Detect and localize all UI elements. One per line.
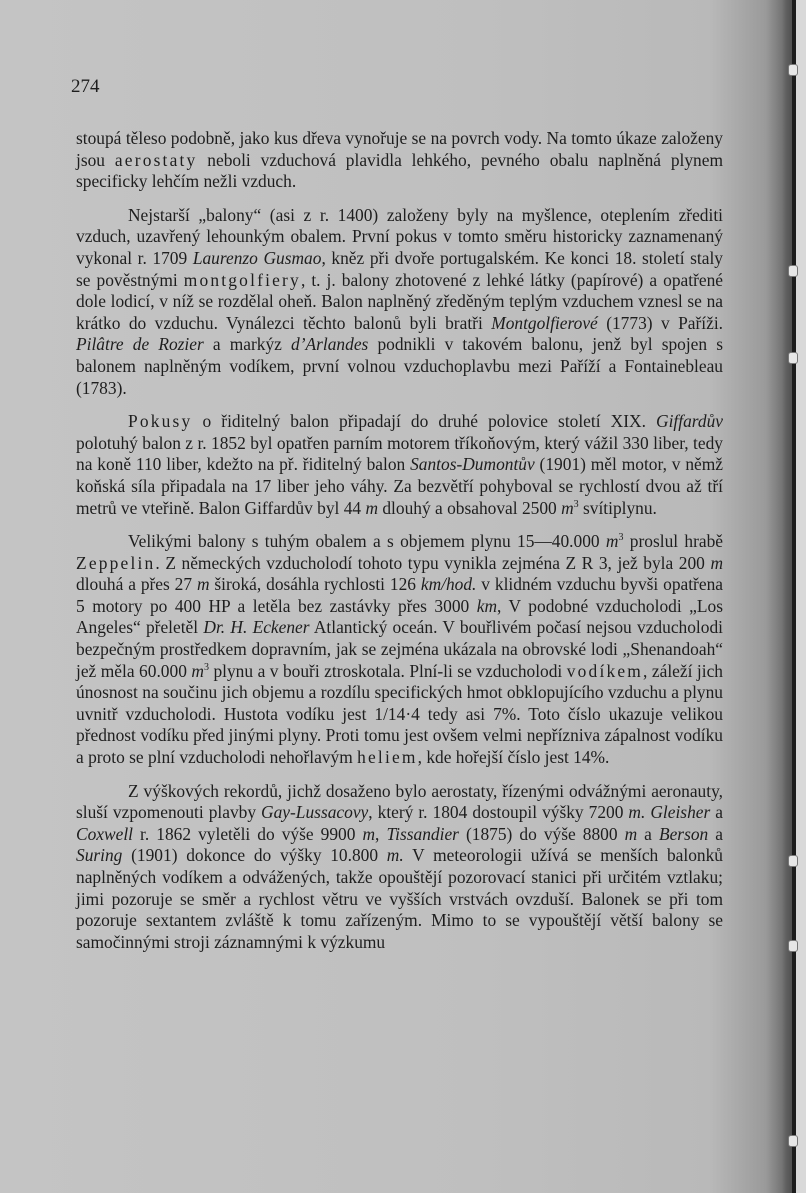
text-run: , který r. 1804 dostoupil výšky 7200 [368,802,628,822]
binding-thread-knot [788,940,798,952]
text-run: , kde hořejší číslo jest 14%. [418,747,610,767]
paragraph: Z výškových rekordů, jichž dosaženo bylo… [76,781,723,954]
italic-text: m. [387,845,404,865]
italic-text: Gay-Lussacovy [261,802,368,822]
text-run: dlouhý a obsahoval 2500 [378,498,561,518]
binding-thread-knot [788,1135,798,1147]
italic-text: Pilâtre de Rozier [76,334,204,354]
italic-text: km [477,596,497,616]
text-run: plynu a v bouři ztroskotala. Plní-li se … [209,661,567,681]
italic-text: Dr. H. Eckener [203,617,309,637]
binding-thread-knot [788,855,798,867]
text-run: o řiditelný balon připadají do druhé pol… [192,411,656,431]
italic-text: m [710,553,723,573]
text-run: a markýz [204,334,291,354]
italic-text: Laurenzo Gusmao [193,248,322,268]
spaced-emphasis-text: montgolfiery [184,270,301,290]
text-run: (1901) dokonce do výšky 10.800 [122,845,386,865]
italic-text: m. [628,802,645,822]
text-run: . Z německých vzducholodí tohoto typu vy… [155,553,710,573]
italic-text: m [625,824,638,844]
binding-thread-knot [788,352,798,364]
text-run: (1875) do výše 8800 [459,824,625,844]
paragraph: Nejstarší „balony“ (asi z r. 1400) založ… [76,205,723,399]
italic-text: d’Arlandes [291,334,368,354]
italic-text: m [365,498,378,518]
italic-text: m [197,574,210,594]
italic-text: Suring [76,845,122,865]
italic-text: m [561,498,574,518]
italic-text: Coxwell [76,824,133,844]
paragraph: Velikými balony s tuhým obalem a s objem… [76,531,723,769]
italic-text: km/hod. [421,574,477,594]
spaced-emphasis-text: heliem [357,747,418,767]
text-run: a [710,802,723,822]
text-run: a [637,824,659,844]
italic-text: m [362,824,375,844]
next-page-edge [796,0,806,1193]
italic-text: Santos-Dumontův [410,454,535,474]
italic-text: m [606,531,619,551]
italic-text: Montgolfierové [491,313,598,333]
text-run: a [708,824,723,844]
binding-thread-knot [788,265,798,277]
spaced-emphasis-text: Pokusy [128,411,192,431]
scanned-book-page: 274 stoupá těleso podobně, jako kus dřev… [0,0,806,1193]
spine-shadow [782,0,792,1193]
spaced-emphasis-text: aerostaty [115,150,198,170]
spaced-emphasis-text: Zeppelin [76,553,155,573]
text-run: , [375,824,386,844]
text-run: svítiplynu. [579,498,657,518]
italic-text: Giffardův [656,411,723,431]
italic-text: Tissandier [386,824,458,844]
text-run: r. 1862 vyletěli do výše 9900 [133,824,362,844]
spaced-emphasis-text: vodíkem [567,661,643,681]
text-run: dlouhá a přes 27 [76,574,197,594]
italic-text: Berson [659,824,708,844]
paragraph: stoupá těleso podobně, jako kus dřeva vy… [76,128,723,193]
italic-text: Gleisher [650,802,710,822]
binding-thread-knot [788,64,798,76]
paragraph: Pokusy o řiditelný balon připadají do dr… [76,411,723,519]
page-number: 274 [71,76,100,98]
body-text: stoupá těleso podobně, jako kus dřeva vy… [76,128,723,953]
text-run: proslul hrabě [623,531,723,551]
text-run: (1773) v Paříži. [598,313,723,333]
italic-text: m [191,661,204,681]
text-run: široká, dosáhla rychlosti 126 [210,574,421,594]
text-run: Velikými balony s tuhým obalem a s objem… [128,531,606,551]
